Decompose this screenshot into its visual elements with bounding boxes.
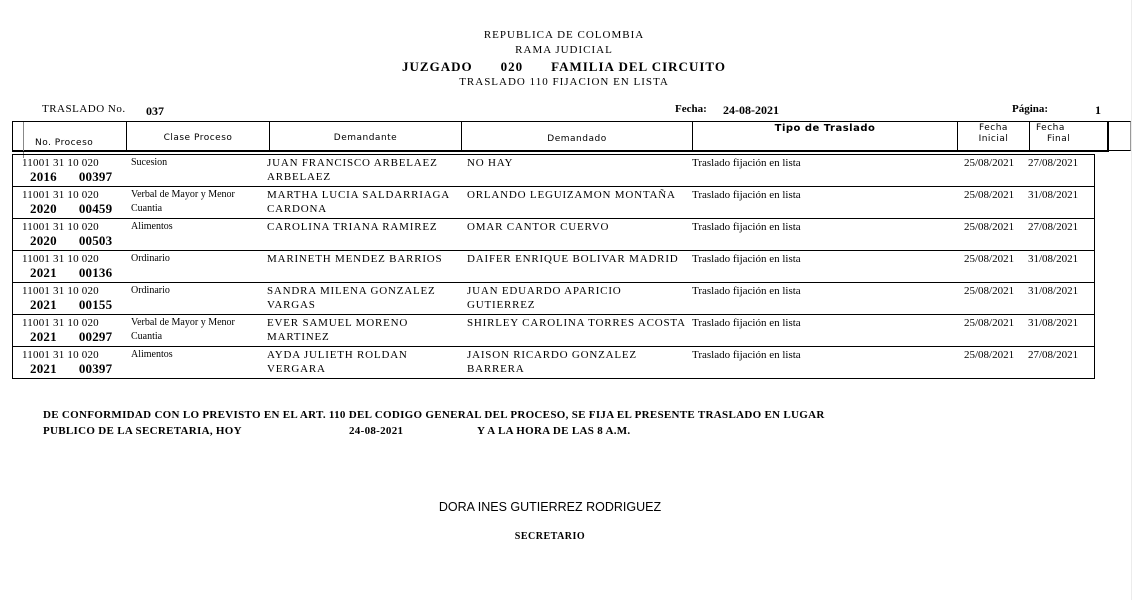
footer-legal-line1: DE CONFORMIDAD CON LO PREVISTO EN EL ART… [43,409,825,421]
footer-legal-line2: PUBLICO DE LA SECRETARIA, HOY [43,425,242,437]
proceso-year-number: 202000503 [30,234,112,248]
cell-fecha-inicial: 25/08/2021 [964,316,1014,330]
cell-demandado: OMAR CANTOR CUERVO [467,220,609,234]
cell-demandante: CAROLINA TRIANA RAMIREZ [267,220,437,234]
cell-clase-proceso: Ordinario [131,284,170,298]
signatory-name: DORA INES GUTIERREZ RODRIGUEZ [0,500,1100,514]
table-row: 11001 31 10 020202100136OrdinarioMARINET… [13,251,1094,283]
table-row: 11001 31 10 020201600397SucesionJUAN FRA… [13,155,1094,187]
table-header: No. Proceso Clase Proceso Demandante Dem… [12,121,1131,151]
header-court: JUZGADO020FAMILIA DEL CIRCUITO [0,59,1128,75]
cell-clase-proceso: Alimentos [131,348,173,362]
cell-demandante: MARTHA LUCIA SALDARRIAGACARDONA [267,188,450,216]
pagina-label: Página: [1012,103,1048,115]
radicado: 11001 31 10 020 [22,285,99,297]
cell-tipo-traslado: Traslado fijación en lista [692,316,801,330]
header-republic: REPUBLICA DE COLOMBIA [0,29,1128,41]
signatory-role: SECRETARIO [0,531,1100,542]
proceso-year-number: 202000459 [30,202,112,216]
cell-fecha-final: 31/08/2021 [1028,252,1078,266]
footer-date: 24-08-2021 [349,425,403,437]
cell-demandado: JUAN EDUARDO APARICIOGUTIERREZ [467,284,622,312]
header-rama-judicial: RAMA JUDICIAL [0,44,1128,56]
header-traslado-title: TRASLADO 110 FIJACION EN LISTA [0,76,1128,88]
cell-fecha-final: 27/08/2021 [1028,348,1078,362]
cell-fecha-final: 31/08/2021 [1028,284,1078,298]
traslado-number: 037 [146,104,164,119]
proceso-year-number: 202100136 [30,266,112,280]
cell-fecha-final: 27/08/2021 [1028,220,1078,234]
cell-no-proceso: 11001 31 10 020202000459 [22,188,112,216]
table-row: 11001 31 10 020202100155OrdinarioSANDRA … [13,283,1094,315]
table-row: 11001 31 10 020202100297Verbal de Mayor … [13,315,1094,347]
cell-demandante: MARINETH MENDEZ BARRIOS [267,252,442,266]
cell-tipo-traslado: Traslado fijación en lista [692,220,801,234]
col-no-proceso: No. Proceso [13,122,127,152]
pagina-value: 1 [1095,103,1101,118]
cell-no-proceso: 11001 31 10 020202000503 [22,220,112,248]
col-clase-proceso: Clase Proceso [127,122,270,152]
page-edge [1131,0,1132,600]
col-tipo-traslado: Tipo de Traslado [693,122,958,152]
cell-clase-proceso: Ordinario [131,252,170,266]
cell-no-proceso: 11001 31 10 020202100136 [22,252,112,280]
cell-fecha-final: 31/08/2021 [1028,188,1078,202]
cell-demandante: AYDA JULIETH ROLDANVERGARA [267,348,408,376]
proceso-year-number: 202100397 [30,362,112,376]
cell-fecha-inicial: 25/08/2021 [964,156,1014,170]
cell-fecha-inicial: 25/08/2021 [964,348,1014,362]
table-row: 11001 31 10 020202000459Verbal de Mayor … [13,187,1094,219]
court-label: JUZGADO [402,59,473,74]
cell-demandado: SHIRLEY CAROLINA TORRES ACOSTA [467,316,686,330]
fecha-value: 24-08-2021 [723,103,779,118]
cell-no-proceso: 11001 31 10 020202100397 [22,348,112,376]
radicado: 11001 31 10 020 [22,221,99,233]
table-row: 11001 31 10 020202000503AlimentosCAROLIN… [13,219,1094,251]
cell-clase-proceso: Sucesion [131,156,167,170]
col-fecha-inicial: Fecha Inicial [958,122,1030,152]
proceso-year-number: 202100297 [30,330,112,344]
cell-demandante: JUAN FRANCISCO ARBELAEZARBELAEZ [267,156,438,184]
cell-demandado: NO HAY [467,156,513,170]
radicado: 11001 31 10 020 [22,253,99,265]
cell-fecha-inicial: 25/08/2021 [964,252,1014,266]
cell-clase-proceso: Verbal de Mayor y MenorCuantia [131,316,235,344]
footer-hour: Y A LA HORA DE LAS 8 A.M. [477,425,630,437]
traslado-label: TRASLADO No. [42,103,126,115]
cell-clase-proceso: Verbal de Mayor y MenorCuantia [131,188,235,216]
cell-demandante: SANDRA MILENA GONZALEZVARGAS [267,284,436,312]
cell-tipo-traslado: Traslado fijación en lista [692,188,801,202]
cell-fecha-inicial: 25/08/2021 [964,220,1014,234]
cell-fecha-final: 31/08/2021 [1028,316,1078,330]
cell-tipo-traslado: Traslado fijación en lista [692,252,801,266]
court-name: FAMILIA DEL CIRCUITO [551,59,726,74]
radicado: 11001 31 10 020 [22,189,99,201]
cell-tipo-traslado: Traslado fijación en lista [692,284,801,298]
cell-demandado: JAISON RICARDO GONZALEZBARRERA [467,348,637,376]
court-number: 020 [501,59,524,74]
col-demandado: Demandado [462,122,693,152]
radicado: 11001 31 10 020 [22,157,99,169]
cell-tipo-traslado: Traslado fijación en lista [692,348,801,362]
col-demandante: Demandante [270,122,462,152]
cell-clase-proceso: Alimentos [131,220,173,234]
cell-tipo-traslado: Traslado fijación en lista [692,156,801,170]
proceso-year-number: 202100155 [30,298,112,312]
radicado: 11001 31 10 020 [22,349,99,361]
cell-fecha-final: 27/08/2021 [1028,156,1078,170]
cell-no-proceso: 11001 31 10 020202100297 [22,316,112,344]
cell-no-proceso: 11001 31 10 020202100155 [22,284,112,312]
table-body: 11001 31 10 020201600397SucesionJUAN FRA… [12,154,1095,379]
cell-demandante: EVER SAMUEL MORENOMARTINEZ [267,316,408,344]
radicado: 11001 31 10 020 [22,317,99,329]
cell-fecha-inicial: 25/08/2021 [964,188,1014,202]
cell-fecha-inicial: 25/08/2021 [964,284,1014,298]
cell-demandado: DAIFER ENRIQUE BOLIVAR MADRID [467,252,679,266]
fecha-label: Fecha: [675,103,707,115]
cell-demandado: ORLANDO LEGUIZAMON MONTAÑA [467,188,676,202]
cell-no-proceso: 11001 31 10 020201600397 [22,156,112,184]
table-row: 11001 31 10 020202100397AlimentosAYDA JU… [13,347,1094,378]
proceso-year-number: 201600397 [30,170,112,184]
col-fecha-final: Fecha Final [1030,122,1109,152]
